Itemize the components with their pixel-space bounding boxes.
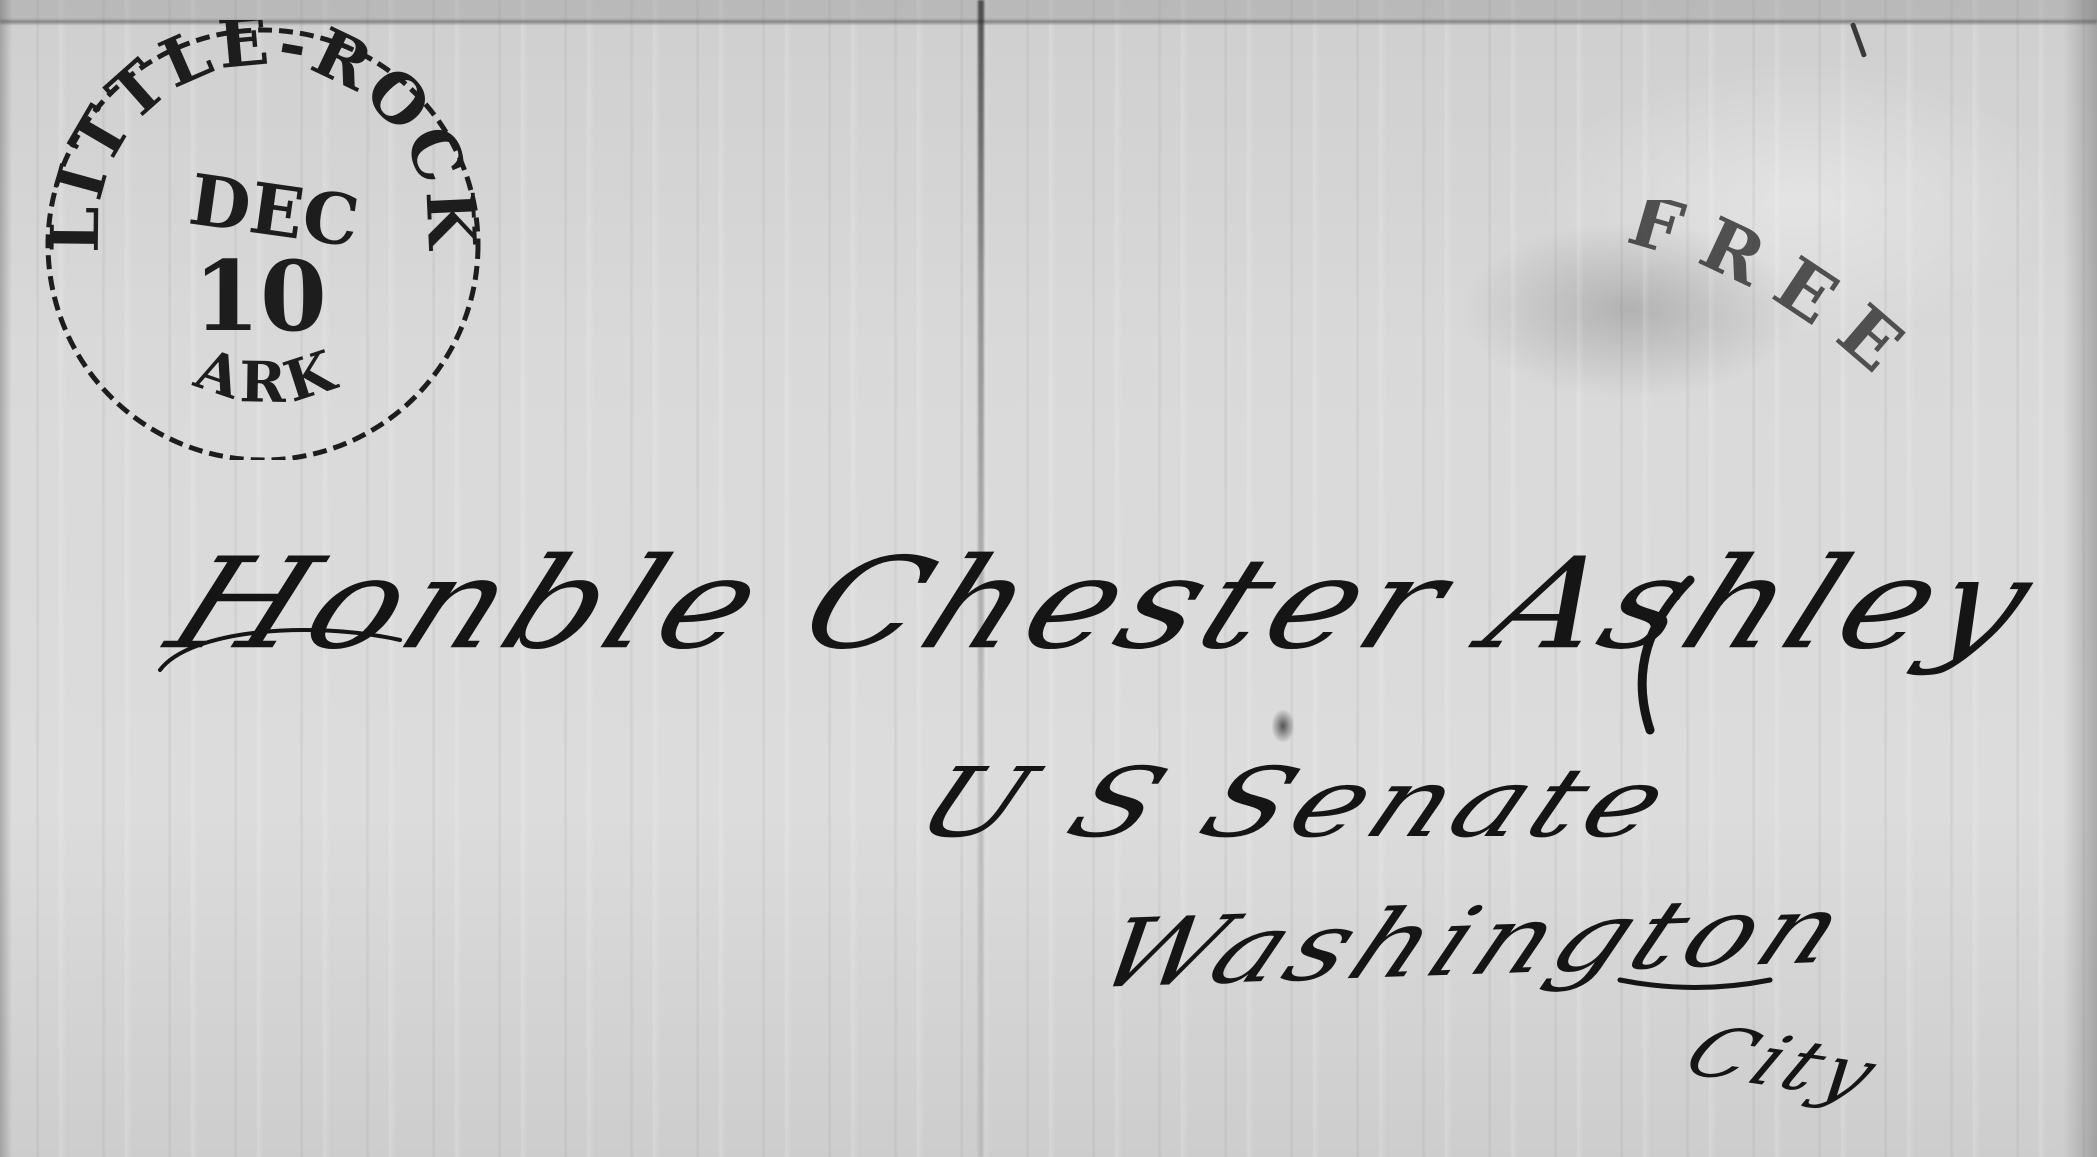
right-edge-shadow	[2063, 0, 2097, 1157]
postmark-day: 10	[193, 240, 327, 353]
left-edge-shadow	[0, 0, 12, 1157]
envelope-cover: LITTLE-ROCK ARK DEC 10 FREE Honble Chest…	[0, 0, 2097, 1157]
ink-blot	[1272, 710, 1294, 742]
address-city: Washington	[1080, 874, 1868, 1010]
free-text: FREE	[1620, 200, 1936, 402]
top-edge-band	[0, 0, 2097, 22]
addressee-name: Honble Chester Ashley	[150, 531, 2059, 677]
ink-tick-mark	[1850, 22, 1867, 58]
address-institution: U S Senate	[900, 748, 1690, 859]
address-city-suffix: City	[1670, 1010, 1898, 1115]
little-rock-postmark: LITTLE-ROCK ARK DEC 10	[28, 20, 488, 460]
free-handstamp: FREE	[1590, 200, 1940, 440]
